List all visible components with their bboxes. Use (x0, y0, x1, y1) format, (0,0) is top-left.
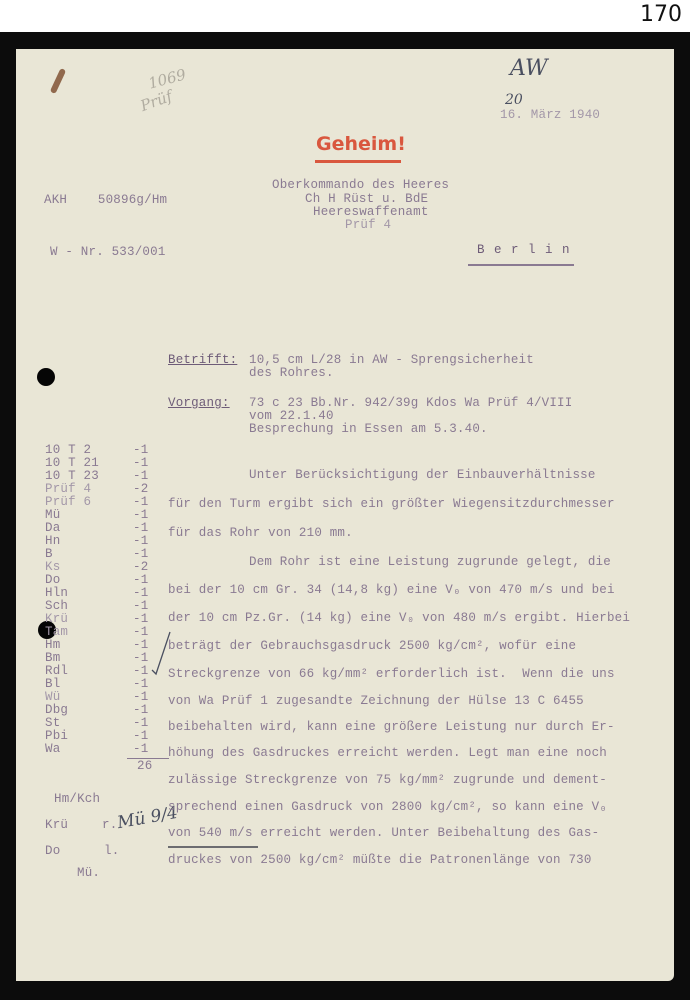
dist-name: Pbi (45, 729, 68, 743)
handwritten-underline (168, 846, 258, 848)
sender-line-3: Heereswaffenamt (313, 205, 429, 219)
body-line: zulässige Streckgrenze von 75 kg/mm² zug… (168, 773, 607, 787)
dist-count: -1 (133, 625, 148, 639)
dist-count: -2 (133, 482, 148, 496)
dist-count: -1 (133, 573, 148, 587)
dist-name: Hm (45, 638, 60, 652)
dist-count: -1 (133, 547, 148, 561)
signoff-name: Do (45, 844, 60, 858)
dist-name: Bm (45, 651, 60, 665)
dist-name: Da (45, 521, 60, 535)
betrifft-line-2: des Rohres. (249, 366, 334, 380)
dist-name: Rdl (45, 664, 68, 678)
body-line: von 540 m/s erreicht werden. Unter Beibe… (168, 826, 599, 840)
typist-initials: Hm/Kch (54, 792, 100, 806)
signoff-mark: r. (102, 818, 117, 832)
dist-count: -1 (133, 586, 148, 600)
page-number: 170 (640, 2, 682, 27)
classification-stamp: Geheim! (316, 133, 406, 155)
dist-count: -1 (133, 664, 148, 678)
body-line: Dem Rohr ist eine Leistung zugrunde gele… (249, 555, 611, 569)
dist-count: -1 (133, 651, 148, 665)
dist-name: Prüf 6 (45, 495, 91, 509)
vorgang-line-2: vom 22.1.40 (249, 409, 334, 423)
dist-count: -1 (133, 703, 148, 717)
dist-count: -1 (133, 690, 148, 704)
body-line: für das Rohr von 210 mm. (168, 526, 353, 540)
betrifft-label: Betrifft: (168, 353, 237, 367)
dist-name: Wa (45, 742, 60, 756)
date: 16. März 1940 (500, 108, 600, 122)
betrifft-line-1: 10,5 cm L/28 in AW - Sprengsicherheit (249, 353, 534, 367)
dist-name: Tam (45, 625, 68, 639)
signoff-name: Krü (45, 818, 68, 832)
handwritten-date-correction: 20 (505, 92, 523, 108)
dist-name: Krü (45, 612, 68, 626)
dist-count: -1 (133, 469, 148, 483)
dist-count: -1 (133, 495, 148, 509)
dist-name: Hn (45, 534, 60, 548)
sender-line-2: Ch H Rüst u. BdE (305, 192, 428, 206)
body-line: sprechend einen Gasdruck von 2800 kg/cm²… (168, 800, 607, 814)
body-line: für den Turm ergibt sich ein größter Wie… (168, 497, 615, 511)
punch-hole-top (37, 368, 55, 386)
dist-name: Do (45, 573, 60, 587)
dist-name: Wü (45, 690, 60, 704)
sender-line-1: Oberkommando des Heeres (272, 178, 449, 192)
dist-name: 10 T 21 (45, 456, 99, 470)
dist-name: St (45, 716, 60, 730)
dist-count: -1 (133, 508, 148, 522)
body-line: Streckgrenze von 66 kg/mm² erforderlich … (168, 667, 615, 681)
vorgang-label: Vorgang: (168, 396, 230, 410)
dist-count: -1 (133, 638, 148, 652)
body-line: druckes von 2500 kg/cm² müßte die Patron… (168, 853, 592, 867)
vorgang-line-3: Besprechung in Essen am 5.3.40. (249, 422, 488, 436)
reference-number: AKH 50896g/Hm (44, 193, 167, 207)
body-line: höhung des Gasdruckes erreicht werden. L… (168, 746, 607, 760)
dist-count: -1 (133, 677, 148, 691)
classification-underline (315, 160, 401, 163)
dist-name: Bl (45, 677, 60, 691)
dist-count: -1 (133, 716, 148, 730)
sender-line-4: Prüf 4 (345, 218, 391, 232)
city: B e r l i n (477, 243, 571, 257)
dist-count: -1 (133, 599, 148, 613)
dist-name: B (45, 547, 53, 561)
handwritten-aw: AW (510, 56, 548, 81)
body-line: Unter Berücksichtigung der Einbauverhält… (249, 468, 596, 482)
dist-count: -1 (133, 443, 148, 457)
city-underline (468, 264, 574, 266)
signoff-mark: l. (104, 844, 119, 858)
dist-name: 10 T 23 (45, 469, 99, 483)
dist-name: 10 T 2 (45, 443, 91, 457)
signoff-name: Mü. (77, 866, 100, 880)
dist-name: Prüf 4 (45, 482, 91, 496)
dist-name: Hln (45, 586, 68, 600)
vorgang-line-1: 73 c 23 Bb.Nr. 942/39g Kdos Wa Prüf 4/VI… (249, 396, 572, 410)
dist-name: Dbg (45, 703, 68, 717)
dist-name: Ks (45, 560, 60, 574)
body-line: von Wa Prüf 1 zugesandte Zeichnung der H… (168, 694, 584, 708)
dist-count: -1 (133, 534, 148, 548)
dist-count: -1 (133, 729, 148, 743)
body-line: der 10 cm Pz.Gr. (14 kg) eine V₀ von 480… (168, 611, 630, 625)
dist-count: -2 (133, 560, 148, 574)
dist-count: -1 (133, 521, 148, 535)
body-line: bei der 10 cm Gr. 34 (14,8 kg) eine V₀ v… (168, 583, 615, 597)
dist-count: -1 (133, 612, 148, 626)
w-number: W - Nr. 533/001 (50, 245, 166, 259)
body-line: beibehalten wird, kann eine größere Leis… (168, 720, 615, 734)
body-line: beträgt der Gebrauchsgasdruck 2500 kg/cm… (168, 639, 576, 653)
dist-count: -1 (133, 456, 148, 470)
dist-name: Sch (45, 599, 68, 613)
dist-count: -1 (133, 742, 148, 756)
dist-name: Mü (45, 508, 60, 522)
dist-total: 26 (137, 759, 152, 773)
